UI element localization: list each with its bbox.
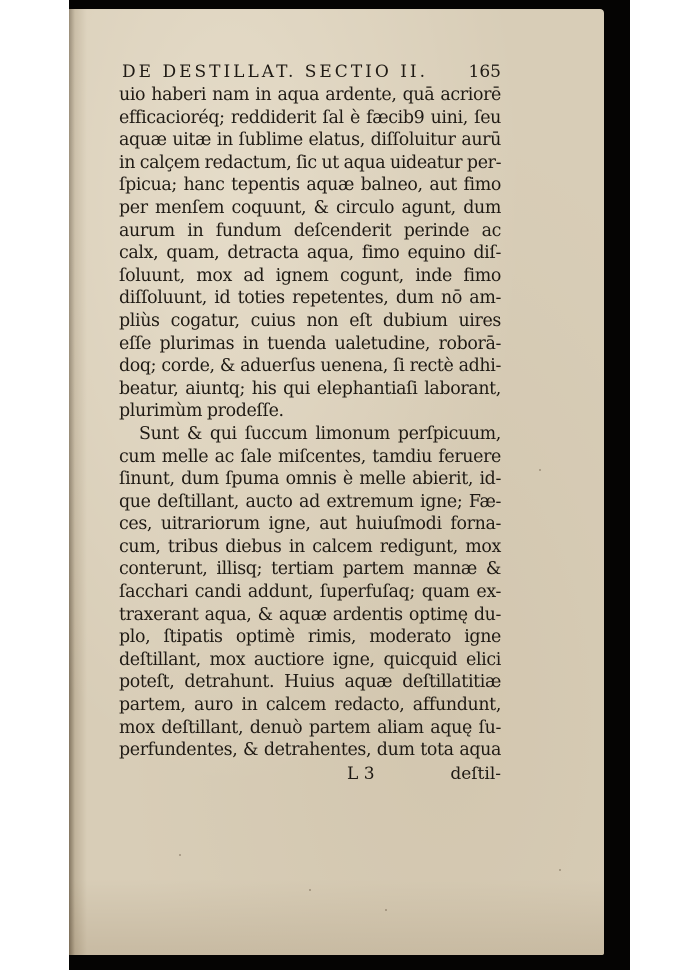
text-line: poteſt, detrahunt. Huius aquæ deſtillati… xyxy=(119,671,501,694)
text-line: ces, uitrariorum igne, aut huiuſmodi for… xyxy=(119,513,501,536)
text-line: eſſe plurimas in tuenda ualetudine, robo… xyxy=(119,333,501,356)
text-line: plo, ſtipatis optimè rimis, moderato ign… xyxy=(119,626,501,649)
text-line: perfundentes, & detrahentes, dum tota aq… xyxy=(119,739,501,762)
text-line: cum melle ac ſale miſcentes, tamdiu feru… xyxy=(119,446,501,469)
paper-speck xyxy=(559,869,561,871)
text-line: ſinunt, dum ſpuma omnis è melle abierit,… xyxy=(119,468,501,491)
text-line: ſacchari candi addunt, ſuperfuſaq; quam … xyxy=(119,581,501,604)
paper-speck xyxy=(385,909,387,911)
text-line: aurum in fundum deſcenderit perinde ac xyxy=(119,220,501,243)
paper-speck xyxy=(309,889,311,891)
text-line: in calçem redactum, ſic ut aqua uideatur… xyxy=(119,152,501,175)
text-line: ſoluunt, mox ad ignem cogunt, inde fimo xyxy=(119,265,501,288)
text-line-paragraph-start: Sunt & qui ſuccum limonum perſpicuum, xyxy=(119,423,501,446)
page-text-block: DE DESTILLAT. SECTIO II. 165 uio haberi … xyxy=(119,60,501,786)
text-line: doq; corde, & aduerſus uenena, ſi rectè … xyxy=(119,355,501,378)
signature-line: L 3 deſtil- xyxy=(119,762,501,786)
running-head-title: DE DESTILLAT. SECTIO II. xyxy=(122,60,428,84)
text-line: traxerant aqua, & aquæ ardentis optimę d… xyxy=(119,604,501,627)
text-line-paragraph-end: plurimùm prodeſſe. xyxy=(119,400,501,423)
text-line: mox deſtillant, denuò partem aliam aquę … xyxy=(119,717,501,740)
text-line: deſtillant, mox auctiore igne, quicquid … xyxy=(119,649,501,672)
text-line: cum, tribus diebus in calcem redigunt, m… xyxy=(119,536,501,559)
page-number: 165 xyxy=(469,60,501,84)
paper-speck xyxy=(179,854,181,856)
running-head: DE DESTILLAT. SECTIO II. 165 xyxy=(119,60,501,84)
catchword: deſtil- xyxy=(450,762,501,786)
text-line: calx, quam, detracta aqua, fimo equino d… xyxy=(119,242,501,265)
text-line: diſſoluunt, id toties repetentes, dum nō… xyxy=(119,287,501,310)
text-line: ſpicua; hanc tepentis aquæ balneo, aut f… xyxy=(119,174,501,197)
text-line: efficacioréq; reddiderit ſal è fæcib9 ui… xyxy=(119,107,501,130)
text-line: pliùs cogatur, cuius non eſt dubium uire… xyxy=(119,310,501,333)
text-line: que deſtillant, aucto ad extremum igne; … xyxy=(119,491,501,514)
text-line: beatur, aiuntq; his qui elephantiaſi lab… xyxy=(119,378,501,401)
text-line: uio haberi nam in aqua ardente, quā acri… xyxy=(119,84,501,107)
paper-speck xyxy=(539,469,541,471)
text-line: partem, auro in calcem redacto, affundun… xyxy=(119,694,501,717)
text-line: conterunt, illisq; tertiam partem mannæ … xyxy=(119,558,501,581)
text-line: per menſem coquunt, & circulo agunt, dum xyxy=(119,197,501,220)
signature-mark: L 3 xyxy=(347,762,375,786)
text-line: aquæ uitæ in ſublime elatus, diſſoluitur… xyxy=(119,129,501,152)
